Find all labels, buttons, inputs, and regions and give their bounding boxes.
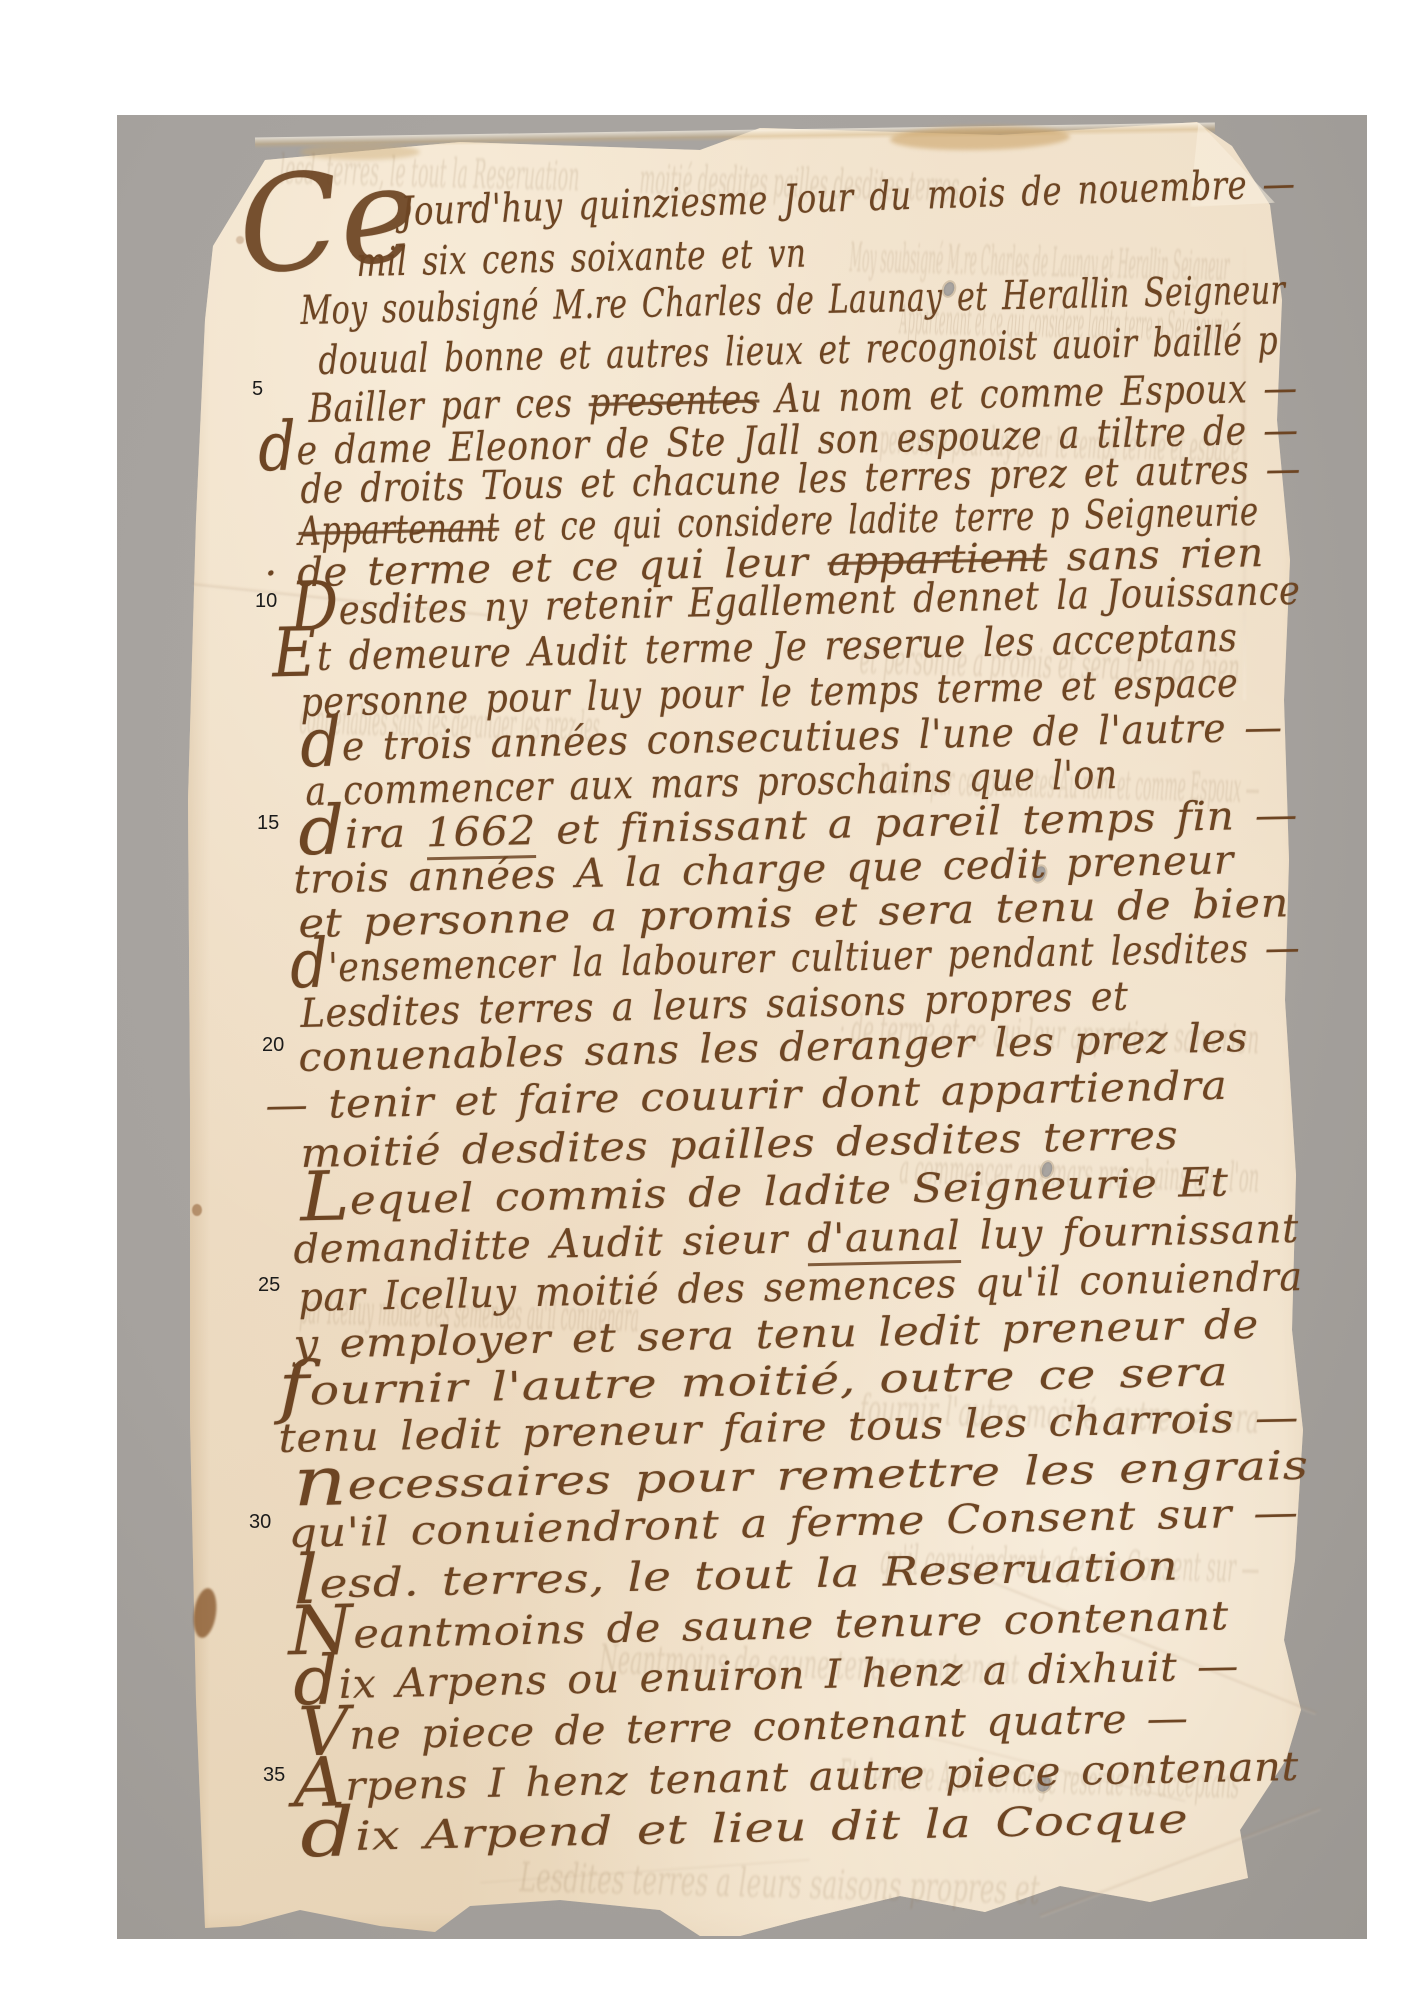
line-number-10: 10 — [255, 590, 277, 613]
line-number-15: 15 — [257, 812, 279, 835]
manuscript-line: mil six cens soixante et vn — [356, 234, 807, 283]
bleedthrough-line: Lesdites terres a leurs saisons propres … — [519, 1858, 1040, 1911]
line-number-25: 25 — [258, 1274, 280, 1297]
line-number-20: 20 — [262, 1034, 284, 1057]
line-number-5: 5 — [252, 378, 263, 401]
line-number-30: 30 — [249, 1511, 271, 1534]
line-number-35: 35 — [263, 1764, 285, 1787]
